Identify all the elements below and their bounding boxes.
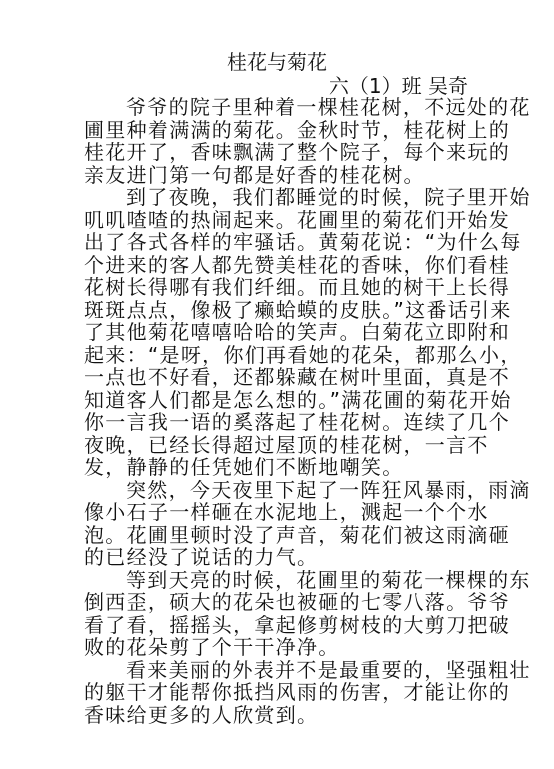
text-line: 叽叽喳喳的热闹起来。花圃里的菊花们开始发 [84,209,470,232]
text-line: 突然，今天夜里下起了一阵狂风暴雨，雨滴 [84,479,470,502]
text-line: 你一言我一语的奚落起了桂花树。连续了几个 [84,411,470,434]
paragraph-1: 爷爷的院子里种着一棵桂花树，不远处的花 圃里种着满满的菊花。金秋时节，桂花树上的… [84,96,470,186]
text-line: 到了夜晚，我们都睡觉的时候，院子里开始 [84,186,470,209]
text-line: 了其他菊花嘻嘻哈哈的笑声。白菊花立即附和 [84,321,470,344]
essay-title: 桂花与菊花 [0,50,554,74]
text-line: 个进来的客人都先赞美桂花的香味，你们看桂 [84,254,470,277]
text-line: 看来美丽的外表并不是最重要的，坚强粗壮 [84,659,470,682]
text-line: 发，静静的任凭她们不断地嘲笑。 [84,456,470,479]
text-line: 知道客人们都是怎么想的。”满花圃的菊花开始 [84,389,470,412]
text-line: 像小石子一样砸在水泥地上，溅起一个个水 [84,501,470,524]
text-line: 看了看，摇摇头，拿起修剪树枝的大剪刀把破 [84,614,470,637]
document-page: 桂花与菊花 六（1）班 吴奇 爷爷的院子里种着一棵桂花树，不远处的花 圃里种着满… [0,0,554,769]
paragraph-4: 等到天亮的时候，花圃里的菊花一棵棵的东 倒西歪，硕大的花朵也被砸的七零八落。爷爷… [84,569,470,659]
text-line: 桂花开了，香味飘满了整个院子，每个来玩的 [84,141,470,164]
text-line: 的已经没了说话的力气。 [84,546,470,569]
text-line: 的躯干才能帮你抵挡风雨的伤害，才能让你的 [84,681,470,704]
text-line: 夜晚，已经长得超过屋顶的桂花树，一言不 [84,434,470,457]
paragraph-2: 到了夜晚，我们都睡觉的时候，院子里开始 叽叽喳喳的热闹起来。花圃里的菊花们开始发… [84,186,470,479]
text-line: 圃里种着满满的菊花。金秋时节，桂花树上的 [84,119,470,142]
text-line: 倒西歪，硕大的花朵也被砸的七零八落。爷爷 [84,591,470,614]
text-line: 泡。花圃里顿时没了声音，菊花们被这雨滴砸 [84,524,470,547]
text-line: 亲友进门第一句都是好香的桂花树。 [84,164,470,187]
text-line: 起来：“是呀，你们再看她的花朵，都那么小， [84,344,470,367]
paragraph-5: 看来美丽的外表并不是最重要的，坚强粗壮 的躯干才能帮你抵挡风雨的伤害，才能让你的… [84,659,470,727]
text-line: 等到天亮的时候，花圃里的菊花一棵棵的东 [84,569,470,592]
paragraph-3: 突然，今天夜里下起了一阵狂风暴雨，雨滴 像小石子一样砸在水泥地上，溅起一个个水 … [84,479,470,569]
text-line: 败的花朵剪了个干干净净。 [84,636,470,659]
text-line: 出了各式各样的牢骚话。黄菊花说：“为什么每 [84,231,470,254]
text-line: 斑斑点点，像极了癞蛤蟆的皮肤。”这番话引来 [84,299,470,322]
text-line: 爷爷的院子里种着一棵桂花树，不远处的花 [84,96,470,119]
text-line: 花树长得哪有我们纤细。而且她的树干上长得 [84,276,470,299]
text-line: 香味给更多的人欣赏到。 [84,704,470,727]
text-line: 一点也不好看，还都躲藏在树叶里面，真是不 [84,366,470,389]
essay-body: 爷爷的院子里种着一棵桂花树，不远处的花 圃里种着满满的菊花。金秋时节，桂花树上的… [84,96,470,726]
